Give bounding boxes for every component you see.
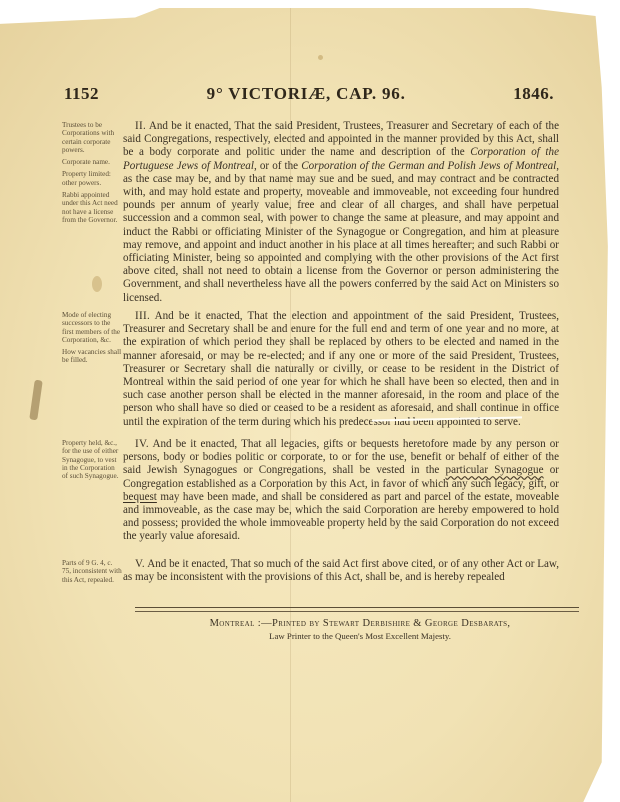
margin-notes: Mode of electing successors to the first…: [62, 311, 122, 369]
margin-notes: Trustees to be Corporations with certain…: [62, 121, 122, 228]
section-text: IV. And be it enacted, That all legacies…: [123, 438, 559, 544]
margin-note: Trustees to be Corporations with certain…: [62, 121, 122, 154]
section-numeral: IV.: [135, 438, 149, 450]
page-number: 1152: [64, 84, 99, 104]
margin-note: Mode of electing successors to the first…: [62, 311, 122, 344]
paper-stain: [318, 55, 323, 60]
section-numeral: II.: [135, 120, 146, 132]
chapter-title: 9° VICTORIÆ, CAP. 96.: [207, 84, 406, 104]
margin-note: Corporate name.: [62, 158, 122, 166]
page-header: 1152 9° VICTORIÆ, CAP. 96. 1846.: [64, 84, 554, 104]
imprint-line-2: Law Printer to the Queen's Most Excellen…: [125, 631, 595, 641]
margin-notes: Property held, &c., for the use of eithe…: [62, 439, 122, 484]
margin-note: Property limited: other powers.: [62, 170, 122, 187]
double-rule-divider: [135, 607, 579, 612]
section-numeral: V.: [135, 558, 145, 570]
section-text: II. And be it enacted, That the said Pre…: [123, 120, 559, 305]
section-text: III. And be it enacted, That the electio…: [123, 310, 559, 429]
printer-imprint: Montreal :—Printed by Stewart Derbishire…: [125, 618, 595, 641]
handwritten-underline: particular Synagogue: [446, 464, 544, 476]
handwritten-underline: bequest: [123, 491, 157, 503]
corporate-name-german-polish: Corporation of the German and Polish Jew…: [301, 160, 556, 172]
margin-note: Property held, &c., for the use of eithe…: [62, 439, 122, 480]
year: 1846.: [513, 84, 554, 104]
paper-stain: [92, 276, 102, 292]
margin-note: How vacancies shall be filled.: [62, 348, 122, 365]
margin-notes: Parts of 9 G. 4, c. 75, inconsistent wit…: [62, 559, 122, 588]
imprint-line-1: Montreal :—Printed by Stewart Derbishire…: [125, 618, 595, 629]
section-text: V. And be it enacted, That so much of th…: [123, 558, 559, 584]
margin-note: Rabbi appointed under this Act need not …: [62, 191, 122, 224]
margin-note: Parts of 9 G. 4, c. 75, inconsistent wit…: [62, 559, 122, 584]
section-numeral: III.: [135, 310, 150, 322]
